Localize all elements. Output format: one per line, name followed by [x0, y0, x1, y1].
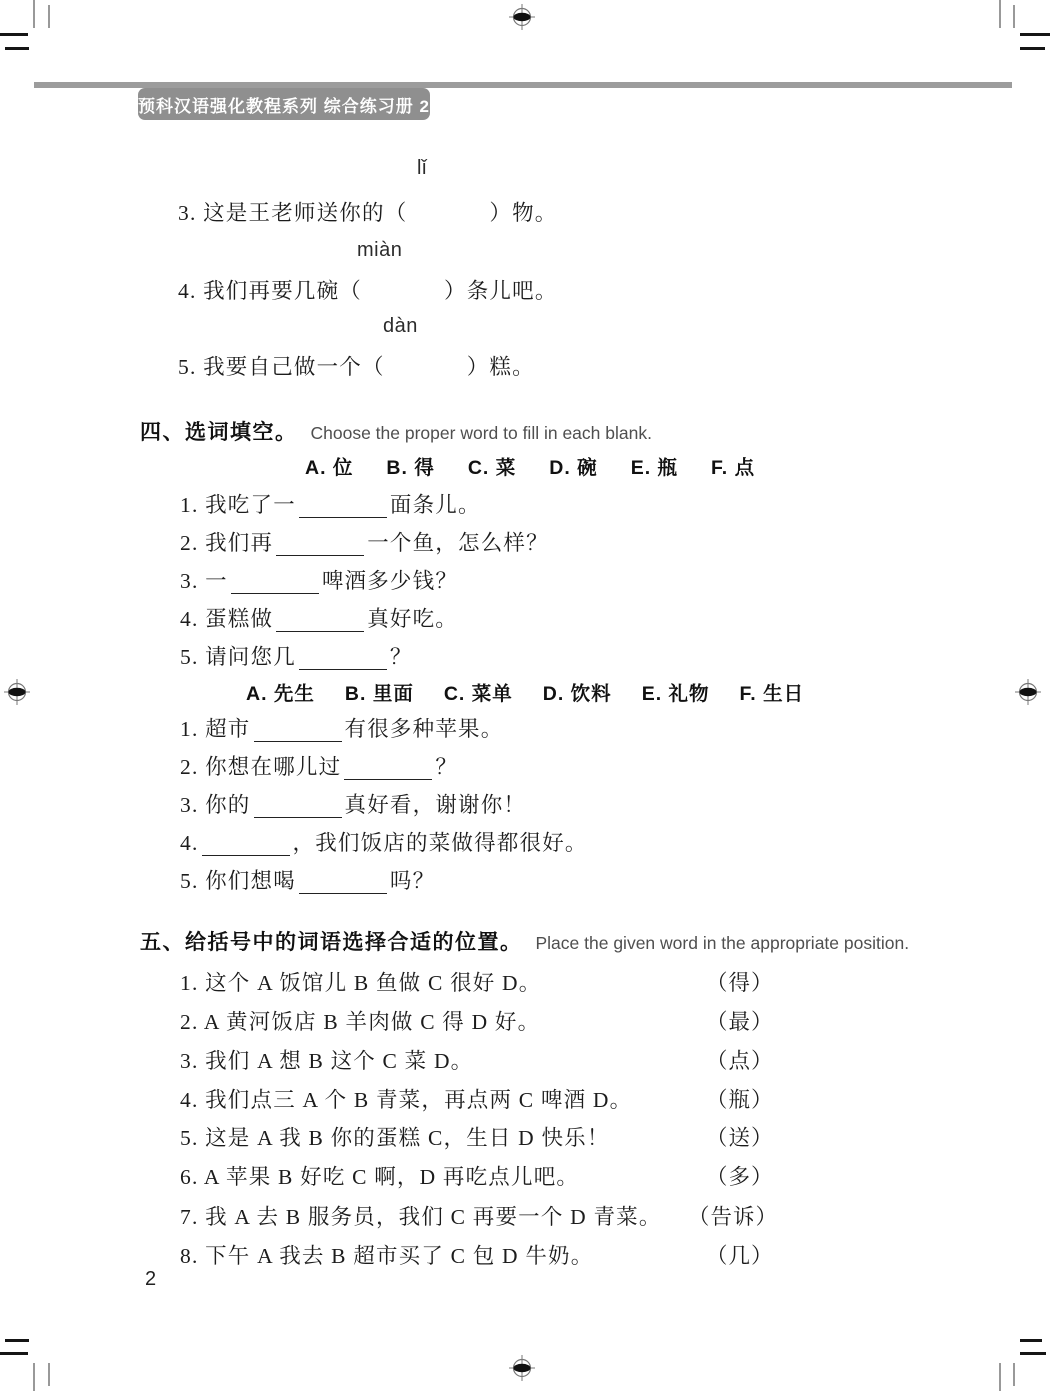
option-item: E. 瓶 — [631, 452, 678, 480]
question-text: 真好看，谢谢你！ — [345, 793, 527, 817]
question-line: 4. 我们点三 A 个 B 青菜，再点两 C 啤酒 D。 — [180, 1083, 632, 1114]
pinyin-hint: lǐ — [417, 157, 427, 180]
answer-word: （送） — [706, 1121, 774, 1152]
question-line: 2. 我们再一个鱼，怎么样？ — [180, 526, 549, 557]
option-item: E. 礼物 — [642, 678, 710, 706]
option-row: A. 位 B. 得 C. 菜 D. 碗 E. 瓶 F. 点 — [305, 452, 755, 480]
crop-mark — [1020, 1352, 1046, 1355]
question-text: 3. 一 — [180, 569, 228, 593]
answer-word: （多） — [706, 1160, 774, 1191]
answer-word: （点） — [706, 1044, 774, 1075]
crop-mark — [0, 33, 28, 36]
option-item: F. 点 — [711, 452, 755, 480]
answer-word: （瓶） — [706, 1083, 774, 1114]
question-line: 5. 我要自己做一个（）糕。 — [178, 350, 535, 381]
question-text: ，我们饭店的菜做得都很好。 — [293, 831, 588, 855]
registration-mark-icon — [4, 679, 30, 705]
question-line: 8. 下午 A 我去 B 超市买了 C 包 D 牛奶。 — [180, 1239, 593, 1270]
workbook-page: 预科汉语强化教程系列 综合练习册 2 lǐ 3. 这是王老师送你的（）物。 mi… — [0, 0, 1050, 1391]
crop-mark — [999, 1363, 1001, 1391]
question-line: 3. 这是王老师送你的（）物。 — [178, 196, 558, 227]
question-text: 5. 你们想喝 — [180, 869, 296, 893]
blank-line — [202, 855, 290, 856]
option-item: D. 饮料 — [543, 678, 612, 706]
blank-line — [299, 893, 387, 894]
crop-mark — [999, 0, 1001, 28]
blank-line — [276, 631, 364, 632]
question-text: 啤酒多少钱？ — [322, 569, 458, 593]
crop-mark — [1020, 1339, 1042, 1342]
blank-line — [276, 555, 364, 556]
question-line: 5. 请问您几？ — [180, 640, 413, 671]
question-line: 2. 你想在哪儿过？ — [180, 750, 458, 781]
section-title-cn: 四、选词填空。 — [140, 416, 298, 446]
question-text: 1. 我吃了一 — [180, 493, 296, 517]
crop-mark — [5, 1339, 29, 1342]
registration-mark-icon — [509, 4, 535, 30]
crop-mark — [1013, 5, 1015, 28]
question-line: 5. 你们想喝吗？ — [180, 864, 435, 895]
question-text: 吗？ — [390, 869, 435, 893]
section-title-en: Place the given word in the appropriate … — [536, 933, 910, 954]
answer-word: （几） — [706, 1239, 774, 1270]
registration-mark-icon — [1015, 679, 1041, 705]
blank-line — [254, 741, 342, 742]
question-text: ？ — [390, 645, 413, 669]
question-text: ）糕。 — [467, 355, 535, 379]
section5-heading: 五、给括号中的词语选择合适的位置。 Place the given word i… — [140, 926, 909, 956]
question-line: 4. 蛋糕做真好吃。 — [180, 602, 458, 633]
blank-line — [254, 817, 342, 818]
blank-line — [231, 593, 319, 594]
page-number: 2 — [145, 1268, 156, 1291]
question-line: 7. 我 A 去 B 服务员，我们 C 再要一个 D 青菜。 — [180, 1200, 662, 1231]
question-text: ）条儿吧。 — [444, 279, 558, 303]
question-line: 1. 我吃了一面条儿。 — [180, 488, 481, 519]
section-title-cn: 五、给括号中的词语选择合适的位置。 — [140, 926, 523, 956]
option-item: B. 得 — [386, 452, 434, 480]
question-text: 3. 这是王老师送你的（ — [178, 201, 407, 225]
header-badge: 预科汉语强化教程系列 综合练习册 2 — [138, 88, 430, 120]
crop-mark — [33, 0, 35, 28]
answer-word: （得） — [706, 966, 774, 997]
question-text: ？ — [435, 755, 458, 779]
question-line: 1. 超市有很多种苹果。 — [180, 712, 503, 743]
question-text: 1. 超市 — [180, 717, 251, 741]
registration-mark-icon — [509, 1355, 535, 1381]
option-item: A. 位 — [305, 452, 353, 480]
option-item: D. 碗 — [549, 452, 597, 480]
question-text: 真好吃。 — [367, 607, 458, 631]
question-text: 有很多种苹果。 — [345, 717, 504, 741]
question-text: 2. 我们再 — [180, 531, 273, 555]
crop-mark — [1020, 33, 1050, 36]
question-text: 2. 你想在哪儿过 — [180, 755, 341, 779]
section-title-en: Choose the proper word to fill in each b… — [311, 423, 652, 444]
question-text: 4. — [180, 831, 199, 855]
question-line: 3. 一啤酒多少钱？ — [180, 564, 458, 595]
pinyin-hint: miàn — [357, 239, 402, 262]
option-row: A. 先生 B. 里面 C. 菜单 D. 饮料 E. 礼物 F. 生日 — [246, 678, 804, 706]
answer-word: （告诉） — [688, 1200, 778, 1231]
option-item: B. 里面 — [345, 678, 414, 706]
question-text: 一个鱼，怎么样？ — [367, 531, 549, 555]
question-text: 面条儿。 — [390, 493, 481, 517]
crop-mark — [5, 47, 29, 50]
question-line: 4.，我们饭店的菜做得都很好。 — [180, 826, 588, 857]
crop-mark — [33, 1363, 35, 1391]
blank-line — [299, 517, 387, 518]
option-item: C. 菜 — [468, 452, 516, 480]
crop-mark — [48, 1363, 50, 1386]
question-text: 4. 蛋糕做 — [180, 607, 273, 631]
question-text: 5. 请问您几 — [180, 645, 296, 669]
blank-line — [299, 669, 387, 670]
crop-mark — [0, 1352, 28, 1355]
question-line: 6. A 苹果 B 好吃 C 啊，D 再吃点儿吧。 — [180, 1160, 579, 1191]
question-line: 3. 我们 A 想 B 这个 C 菜 D。 — [180, 1044, 473, 1075]
crop-mark — [1013, 1363, 1015, 1386]
option-item: A. 先生 — [246, 678, 315, 706]
question-line: 3. 你的真好看，谢谢你！ — [180, 788, 526, 819]
blank-line — [344, 779, 432, 780]
option-item: C. 菜单 — [444, 678, 513, 706]
question-line: 4. 我们再要几碗（）条儿吧。 — [178, 274, 558, 305]
question-line: 2. A 黄河饭店 B 羊肉做 C 得 D 好。 — [180, 1005, 540, 1036]
answer-word: （最） — [706, 1005, 774, 1036]
option-item: F. 生日 — [740, 678, 805, 706]
question-text: 5. 我要自己做一个（ — [178, 355, 385, 379]
section4-heading: 四、选词填空。 Choose the proper word to fill i… — [140, 416, 652, 446]
crop-mark — [1020, 47, 1045, 50]
pinyin-hint: dàn — [383, 315, 418, 338]
question-text: ）物。 — [489, 201, 557, 225]
question-text: 3. 你的 — [180, 793, 251, 817]
question-line: 5. 这是 A 我 B 你的蛋糕 C，生日 D 快乐！ — [180, 1121, 610, 1152]
question-line: 1. 这个 A 饭馆儿 B 鱼做 C 很好 D。 — [180, 966, 541, 997]
crop-mark — [48, 5, 50, 28]
question-text: 4. 我们再要几碗（ — [178, 279, 362, 303]
